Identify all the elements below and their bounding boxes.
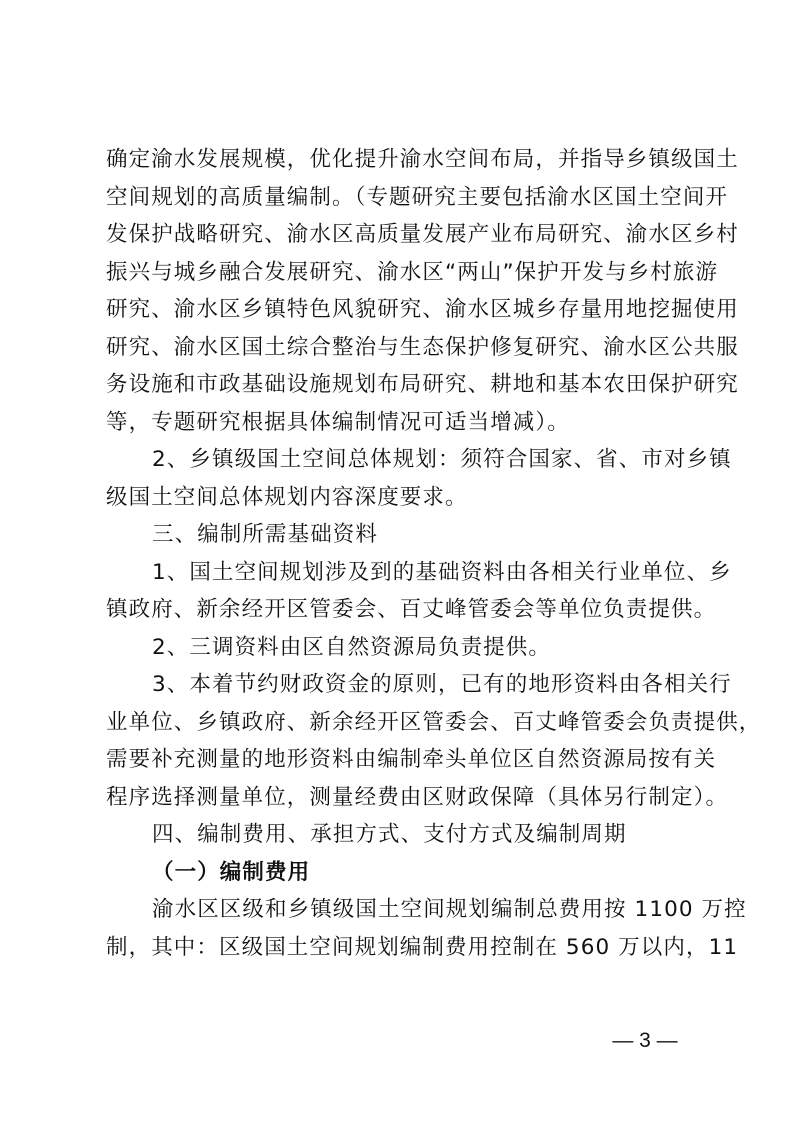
paragraph-line: 研究、渝水区国土综合整治与生态保护修复研究、渝水区公共服 [106,329,696,367]
paragraph-line: 2、乡镇级国土空间总体规划：须符合国家、省、市对乡镇 [106,441,696,479]
paragraph-line: 等，专题研究根据具体编制情况可适当增减）。 [106,404,696,442]
paragraph-line: 需要补充测量的地形资料由编制牵头单位区自然资源局按有关 [106,741,696,779]
paragraph-line: 镇政府、新余经开区管委会、百丈峰管委会等单位负责提供。 [106,591,696,629]
page-number: — 3 — [610,1029,680,1053]
section-heading: 四、编制费用、承担方式、支付方式及编制周期 [106,816,696,854]
paragraph-line: 渝水区区级和乡镇级国土空间规划编制总费用按 1100 万控 [106,891,696,929]
subsection-heading: （一）编制费用 [106,854,696,892]
paragraph-line: 1、国土空间规划涉及到的基础资料由各相关行业单位、乡 [106,554,696,592]
document-body: 确定渝水发展规模，优化提升渝水空间布局，并指导乡镇级国土 空间规划的高质量编制。… [106,141,696,966]
document-page: 确定渝水发展规模，优化提升渝水空间布局，并指导乡镇级国土 空间规划的高质量编制。… [0,0,793,1122]
paragraph-line: 制，其中：区级国土空间规划编制费用控制在 560 万以内，11 [106,929,696,967]
paragraph-line: 确定渝水发展规模，优化提升渝水空间布局，并指导乡镇级国土 [106,141,696,179]
section-heading: 三、编制所需基础资料 [106,516,696,554]
paragraph-line: 空间规划的高质量编制。（专题研究主要包括渝水区国土空间开 [106,179,696,217]
paragraph-line: 务设施和市政基础设施规划布局研究、耕地和基本农田保护研究 [106,366,696,404]
paragraph-line: 3、本着节约财政资金的原则，已有的地形资料由各相关行 [106,666,696,704]
paragraph-line: 程序选择测量单位，测量经费由区财政保障（具体另行制定）。 [106,779,696,817]
paragraph-line: 发保护战略研究、渝水区高质量发展产业布局研究、渝水区乡村 [106,216,696,254]
paragraph-line: 级国土空间总体规划内容深度要求。 [106,479,696,517]
paragraph-line: 业单位、乡镇政府、新余经开区管委会、百丈峰管委会负责提供， [106,704,696,742]
paragraph-line: 振兴与城乡融合发展研究、渝水区“两山”保护开发与乡村旅游 [106,254,696,292]
paragraph-line: 研究、渝水区乡镇特色风貌研究、渝水区城乡存量用地挖掘使用 [106,291,696,329]
paragraph-line: 2、三调资料由区自然资源局负责提供。 [106,629,696,667]
